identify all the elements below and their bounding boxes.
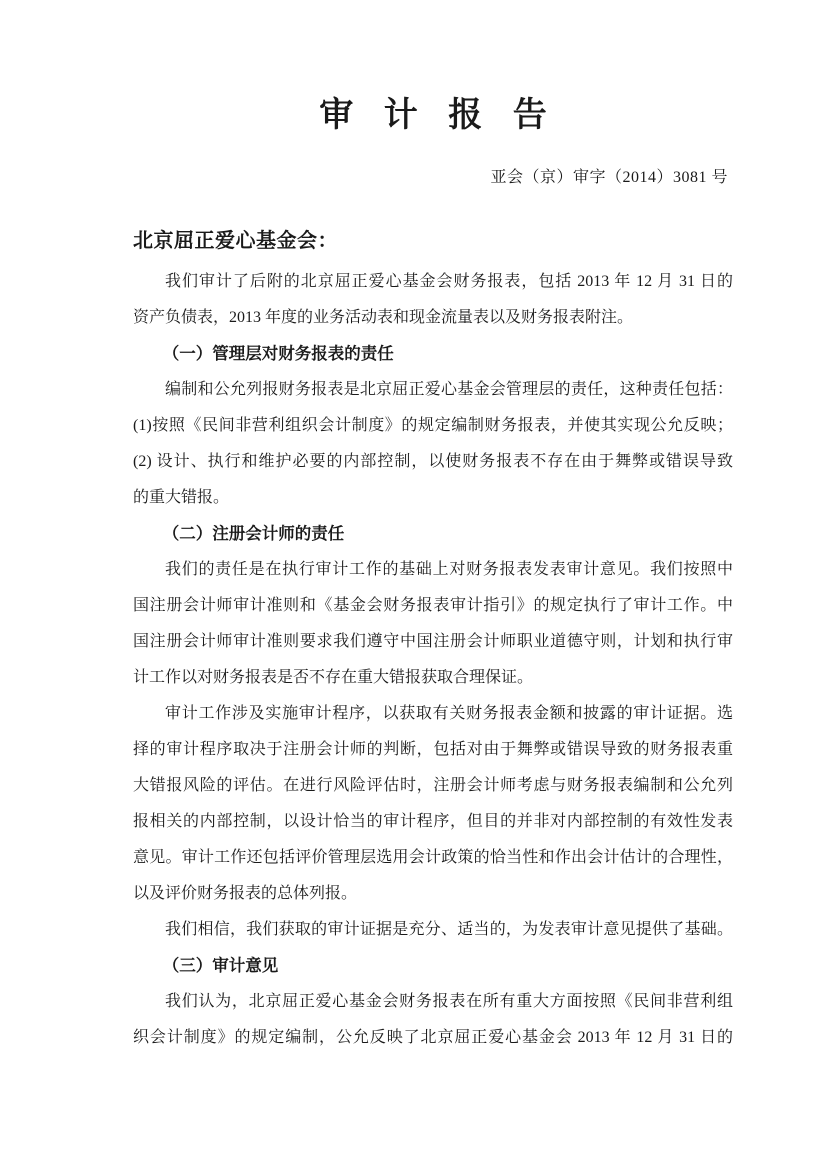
document-body: 我们审计了后附的北京屈正爱心基金会财务报表，包括 2013 年 12 月 31 … — [133, 264, 733, 1056]
heading-audit-opinion: （三）审计意见 — [133, 948, 733, 984]
paragraph-line: 审计工作涉及实施审计程序，以获取有关财务报表金额和披露的审计证据。选 — [133, 696, 733, 732]
reference-number: 亚会（京）审字（2014）3081 号 — [133, 166, 733, 190]
paragraph-line: 我们认为，北京屈正爱心基金会财务报表在所有重大方面按照《民间非营利组 — [133, 984, 733, 1020]
paragraph-line: (1)按照《民间非营利组织会计制度》的规定编制财务报表，并使其实现公允反映； — [133, 408, 733, 444]
paragraph-intro: 我们审计了后附的北京屈正爱心基金会财务报表，包括 2013 年 12 月 31 … — [133, 264, 733, 336]
paragraph-line: 国注册会计师审计准则要求我们遵守中国注册会计师职业道德守则，计划和执行审 — [133, 624, 733, 660]
paragraph-line: 大错报风险的评估。在进行风险评估时，注册会计师考虑与财务报表编制和公允列 — [133, 768, 733, 804]
paragraph-audit-procedures: 审计工作涉及实施审计程序，以获取有关财务报表金额和披露的审计证据。选 择的审计程… — [133, 696, 733, 912]
paragraph-line: 的重大错报。 — [133, 480, 733, 516]
heading-management-responsibility: （一）管理层对财务报表的责任 — [133, 336, 733, 372]
paragraph-line: 国注册会计师审计准则和《基金会财务报表审计指引》的规定执行了审计工作。中 — [133, 588, 733, 624]
paragraph-line: 计工作以对财务报表是否不存在重大错报获取合理保证。 — [133, 660, 733, 696]
paragraph-line: 我们审计了后附的北京屈正爱心基金会财务报表，包括 2013 年 12 月 31 … — [133, 264, 733, 300]
paragraph-line: 我们相信，我们获取的审计证据是充分、适当的，为发表审计意见提供了基础。 — [133, 912, 733, 948]
document-title: 审 计 报 告 — [133, 0, 733, 136]
paragraph-line: 以及评价财务报表的总体列报。 — [133, 876, 733, 912]
paragraph-line: 编制和公允列报财务报表是北京屈正爱心基金会管理层的责任，这种责任包括： — [133, 372, 733, 408]
paragraph-line: 我们的责任是在执行审计工作的基础上对财务报表发表审计意见。我们按照中 — [133, 552, 733, 588]
paragraph-auditor-responsibility: 我们的责任是在执行审计工作的基础上对财务报表发表审计意见。我们按照中 国注册会计… — [133, 552, 733, 696]
paragraph-line: 织会计制度》的规定编制，公允反映了北京屈正爱心基金会 2013 年 12 月 3… — [133, 1020, 733, 1056]
paragraph-audit-opinion: 我们认为，北京屈正爱心基金会财务报表在所有重大方面按照《民间非营利组 织会计制度… — [133, 984, 733, 1056]
heading-auditor-responsibility: （二）注册会计师的责任 — [133, 516, 733, 552]
paragraph-line: 资产负债表，2013 年度的业务活动表和现金流量表以及财务报表附注。 — [133, 300, 733, 336]
paragraph-line: 意见。审计工作还包括评价管理层选用会计政策的恰当性和作出会计估计的合理性， — [133, 840, 733, 876]
paragraph-line: (2) 设计、执行和维护必要的内部控制，以使财务报表不存在由于舞弊或错误导致 — [133, 444, 733, 480]
document-content: 审 计 报 告 亚会（京）审字（2014）3081 号 北京屈正爱心基金会： 我… — [0, 0, 826, 1056]
paragraph-belief: 我们相信，我们获取的审计证据是充分、适当的，为发表审计意见提供了基础。 — [133, 912, 733, 948]
addressee: 北京屈正爱心基金会： — [133, 226, 733, 256]
audit-report-page: 审 计 报 告 亚会（京）审字（2014）3081 号 北京屈正爱心基金会： 我… — [0, 0, 826, 1169]
paragraph-line: 择的审计程序取决于注册会计师的判断，包括对由于舞弊或错误导致的财务报表重 — [133, 732, 733, 768]
paragraph-line: 报相关的内部控制，以设计恰当的审计程序，但目的并非对内部控制的有效性发表 — [133, 804, 733, 840]
paragraph-management-responsibility: 编制和公允列报财务报表是北京屈正爱心基金会管理层的责任，这种责任包括： (1)按… — [133, 372, 733, 516]
